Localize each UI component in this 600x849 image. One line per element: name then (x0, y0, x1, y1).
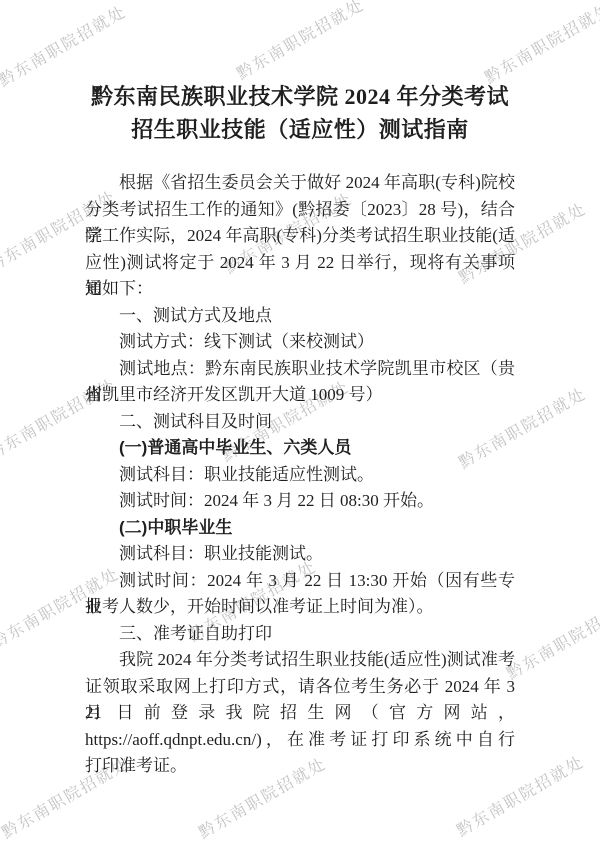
doc-line: 21 日前登录我院招生网（官方网站， (85, 700, 515, 727)
document-content: 黔东南民族职业技术学院 2024 年分类考试 招生职业技能（适应性）测试指南 根… (85, 80, 515, 780)
doc-line: 证领取采取网上打印方式，请各位考生务必于 2024 年 3 月 (85, 674, 515, 701)
doc-line: 测试地点：黔东南民族职业技术学院凯里市校区（贵州 (85, 356, 515, 383)
doc-line: 测试方式：线下测试（来校测试） (85, 329, 515, 356)
doc-line: 测试时间：2024 年 3 月 22 日 13:30 开始（因有些专业 (85, 568, 515, 595)
doc-line: (二)中职毕业生 (85, 515, 515, 542)
document-title-line2: 招生职业技能（适应性）测试指南 (85, 113, 515, 146)
document-title-line1: 黔东南民族职业技术学院 2024 年分类考试 (85, 80, 515, 113)
doc-line: 知如下： (85, 276, 515, 303)
doc-line: 分类考试招生工作的通知》(黔招委〔2023〕28 号)，结合学 (85, 197, 515, 224)
document-page: 黔东南职院招就处黔东南职院招就处黔东南职院招就处黔东南职院招就处黔东南职院招就处… (0, 0, 600, 849)
document-body: 根据《省招生委员会关于做好 2024 年高职(专科)院校分类考试招生工作的通知》… (85, 170, 515, 780)
doc-line: 一、测试方式及地点 (85, 303, 515, 330)
doc-line: 测试时间：2024 年 3 月 22 日 08:30 开始。 (85, 488, 515, 515)
doc-line: 应性)测试将定于 2024 年 3 月 22 日举行，现将有关事项通 (85, 250, 515, 277)
doc-line: 我院 2024 年分类考试招生职业技能(适应性)测试准考 (85, 647, 515, 674)
watermark-text: 黔东南职院招就处 (0, 0, 130, 91)
doc-line: (一)普通高中毕业生、六类人员 (85, 435, 515, 462)
doc-line: 测试科目：职业技能适应性测试。 (85, 462, 515, 489)
doc-line: 三、准考证自助打印 (85, 621, 515, 648)
doc-line: https://aoff.qdnpt.edu.cn/)，在准考证打印系统中自行 (85, 727, 515, 754)
doc-line: 二、测试科目及时间 (85, 409, 515, 436)
watermark-text: 黔东南职院招就处 (502, 592, 600, 684)
doc-line: 测试科目：职业技能测试。 (85, 541, 515, 568)
watermark-text: 黔东南职院招就处 (480, 0, 600, 88)
watermark-text: 黔东南职院招就处 (232, 0, 368, 84)
doc-line: 报考人数少，开始时间以准考证上时间为准）。 (85, 594, 515, 621)
doc-line: 根据《省招生委员会关于做好 2024 年高职(专科)院校 (85, 170, 515, 197)
doc-line: 院工作实际，2024 年高职(专科)分类考试招生职业技能(适 (85, 223, 515, 250)
doc-line: 省凯里市经济开发区凯开大道 1009 号） (85, 382, 515, 409)
doc-line: 打印准考证。 (85, 753, 515, 780)
document-title: 黔东南民族职业技术学院 2024 年分类考试 招生职业技能（适应性）测试指南 (85, 80, 515, 146)
